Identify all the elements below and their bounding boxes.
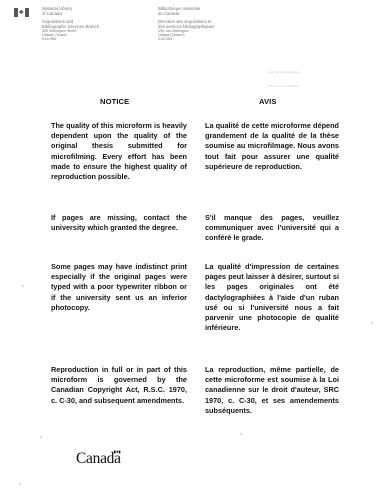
institution-english: National Library of Canada xyxy=(42,6,99,16)
address-line: K1A 0N4 xyxy=(158,38,189,42)
canada-wordmark: Canada ▮♣▮ xyxy=(76,450,121,468)
institution-line: of Canada xyxy=(42,11,99,16)
canada-flag-icon: ♣ xyxy=(14,7,30,17)
scan-speck xyxy=(40,436,42,438)
institution-line: du Canada xyxy=(158,11,214,16)
notice-paragraph-indistinct-print: Some pages may have indistinct print esp… xyxy=(51,262,187,313)
our-file-reference: Our file Notre référence xyxy=(268,84,299,88)
scan-speck xyxy=(240,433,242,435)
scan-speck xyxy=(371,322,373,324)
branch-english: Acquisitions and Bibliographic Services … xyxy=(42,19,99,29)
avis-paragraph-copyright: La reproduction, même partielle, de cett… xyxy=(205,365,339,416)
avis-heading: AVIS xyxy=(259,97,277,106)
avis-paragraph-quality: La qualité de cette microforme dépend gr… xyxy=(205,121,339,172)
your-file-reference: Your file Votre référence xyxy=(268,70,300,74)
notice-heading: NOTICE xyxy=(100,97,129,106)
address-english: 395 Wellington Street Ottawa, Ontario K1… xyxy=(42,30,76,41)
address-french: 395, rue Wellington Ottawa (Ontario) K1A… xyxy=(158,30,189,41)
notice-paragraph-quality: The quality of this microform is heavily… xyxy=(51,121,187,182)
scan-speck xyxy=(19,483,21,485)
notice-paragraph-copyright: Reproduction in full or in part of this … xyxy=(51,365,187,406)
flag-left-bar xyxy=(14,8,18,17)
avis-paragraph-missing-pages: S'il manque des pages, veuillez communiq… xyxy=(205,213,339,244)
notice-paragraph-missing-pages: If pages are missing, contact the univer… xyxy=(51,213,187,233)
scan-speck xyxy=(22,285,24,287)
maple-leaf-icon: ♣ xyxy=(19,8,24,17)
flag-right-bar xyxy=(25,8,29,17)
address-line: K1A 0N4 xyxy=(42,38,76,42)
avis-paragraph-indistinct-print: La qualité d'impression de certaines pag… xyxy=(205,262,339,333)
branch-french: Direction des acquisitions et des servic… xyxy=(158,19,214,29)
canada-wordmark-flag-icon: ▮♣▮ xyxy=(114,449,121,454)
institution-french: Bibliothèque nationale du Canada xyxy=(158,6,214,16)
